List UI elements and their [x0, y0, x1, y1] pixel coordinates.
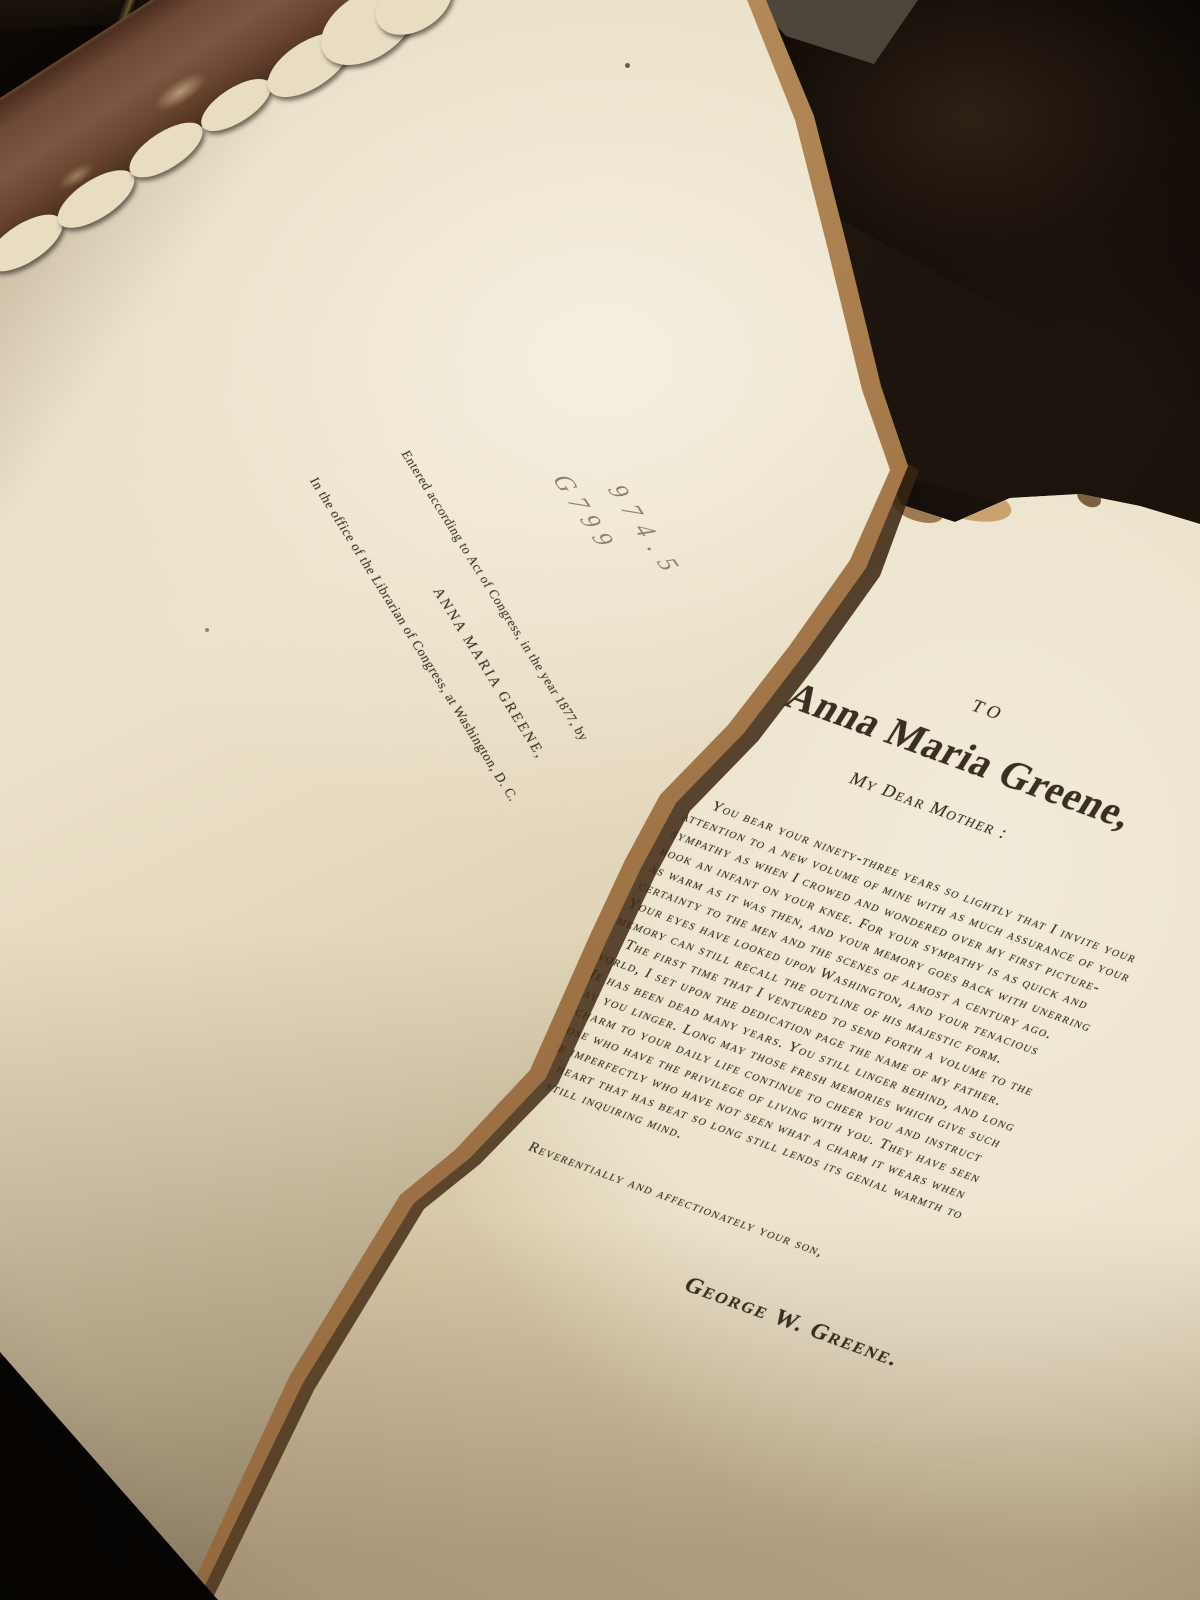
dedication-text-block: TO Anna Maria Greene, My Dear Mother : Y… [716, 796, 1200, 1022]
copyright-name: ANNA MARIA GREENE, [428, 585, 549, 762]
dust-speck [625, 63, 630, 68]
cover-wear-patch [252, 0, 315, 2]
photo-canvas: TO Anna Maria Greene, My Dear Mother : Y… [0, 0, 1200, 1600]
dust-speck [205, 628, 209, 632]
dedication-signature: George W. Greene. [679, 1272, 906, 1372]
copyright-line-2: In the office of the Librarian of Congre… [306, 475, 522, 804]
call-number-cutter: G799 [545, 472, 624, 557]
